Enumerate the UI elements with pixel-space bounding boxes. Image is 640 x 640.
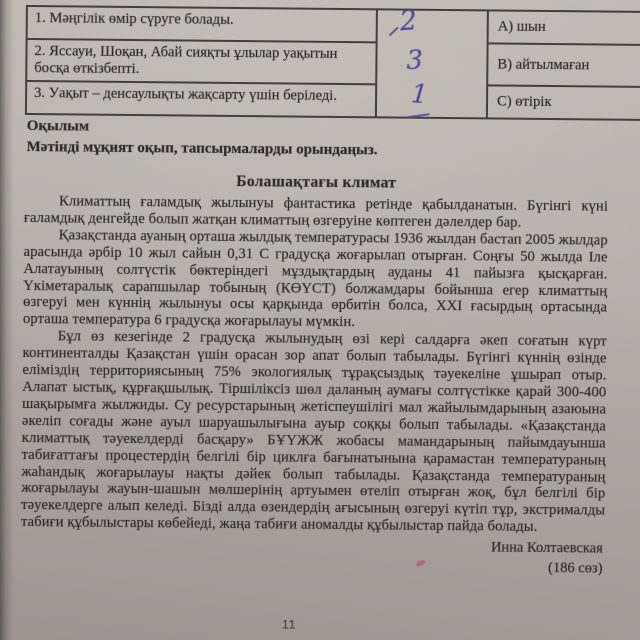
option-cell-c: С) өтірік xyxy=(487,85,640,120)
pen-tick-mark xyxy=(389,27,399,37)
option-cell-a: А) шын xyxy=(488,10,640,45)
scanned-exam-page: 1. Мәңгілік өмір сүруге болады. 2 3 1 А)… xyxy=(0,0,640,640)
matching-table: 1. Мәңгілік өмір сүруге болады. 2 3 1 А)… xyxy=(25,5,640,121)
answer-underline-mark xyxy=(407,113,430,118)
article-title: Болашақтағы климат xyxy=(24,171,608,195)
article-paragraph-1: Климаттың ғаламдық жылынуы фантастика ре… xyxy=(24,193,608,232)
handwritten-answer-2: 3 xyxy=(406,52,423,69)
handwritten-answer-3: 1 xyxy=(410,86,428,104)
article: Болашақтағы климат Климаттың ғаламдық жы… xyxy=(20,171,608,579)
section-heading: Оқылым xyxy=(27,118,90,136)
option-cell-b: В) айтылмаған xyxy=(487,43,640,87)
handwritten-answer-1: 2 xyxy=(399,12,417,30)
statement-cell-1: 1. Мәңгілік өмір сүруге болады. xyxy=(27,6,377,42)
page-number: 11 xyxy=(282,617,297,631)
statement-cell-3: 3. Уақыт – денсаулықты жақсарту үшін бер… xyxy=(26,81,376,117)
article-paragraph-2: Қазақстанда ауаның орташа жылдық темпера… xyxy=(23,227,608,334)
handwritten-answer-cell: 2 3 1 xyxy=(376,9,488,118)
attribution: Инна Колтаевская (186 сөз) xyxy=(20,534,604,579)
article-paragraph-3: Бұл өз кезегінде 2 градусқа жылынудың өз… xyxy=(21,328,607,536)
statement-cell-2: 2. Яссауи, Шоқан, Абай сияқты ұлылар уақ… xyxy=(26,39,376,84)
left-edge-shadow xyxy=(0,0,14,640)
section-instruction: Мәтінді мұқият оқып, тапсырмаларды орынд… xyxy=(27,139,378,159)
